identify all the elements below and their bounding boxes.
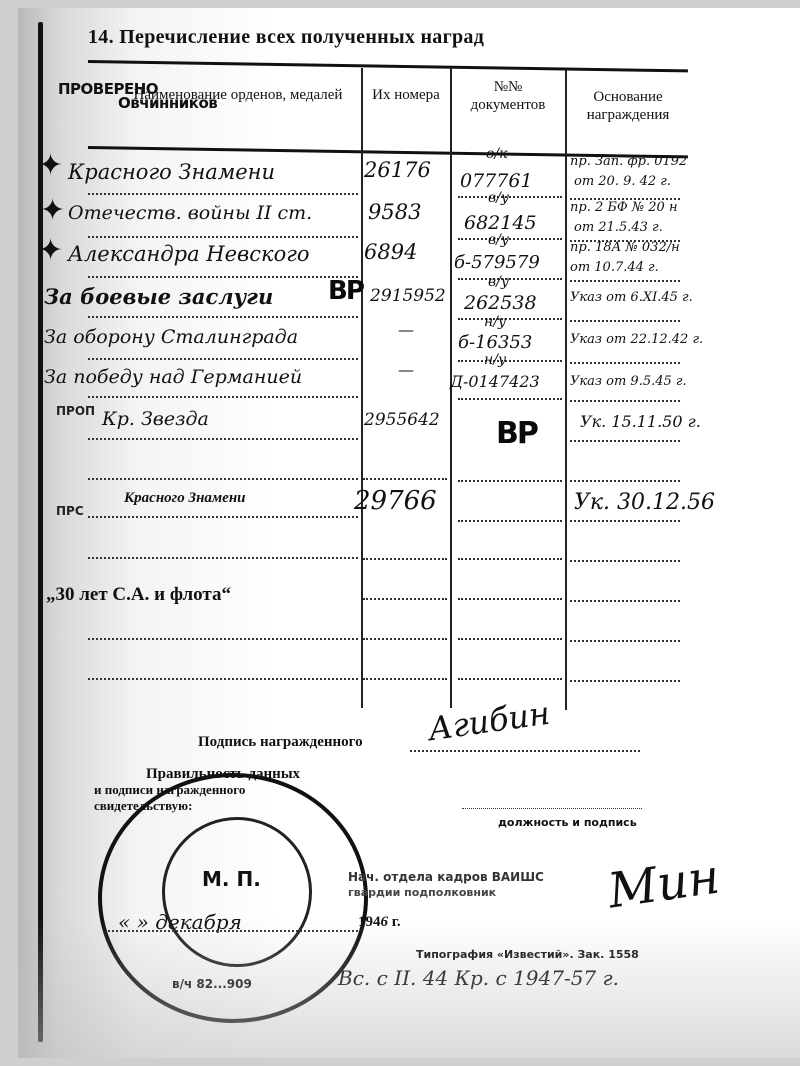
seal-mark: М. П.	[202, 867, 261, 891]
award-name: Отечеств. войны II ст.	[68, 202, 312, 224]
row-line	[458, 678, 562, 680]
award-record-page: 14. Перечисление всех полученных наград …	[18, 8, 800, 1058]
row-line	[88, 316, 358, 318]
row-line	[88, 478, 358, 480]
margin-stamp: ПРС	[56, 504, 84, 518]
award-number: 6894	[364, 240, 417, 264]
doc-series: н/у	[484, 314, 506, 330]
column-header-number-label: Их номера	[372, 87, 440, 103]
recipient-signature-line	[410, 750, 640, 752]
footer-note: Вс. с II. 44 Кр. с 1947-57 г.	[338, 966, 619, 990]
row-line	[458, 558, 562, 560]
award-number: 2915952	[370, 286, 446, 306]
column-header-basis: Основание награждения	[568, 88, 688, 124]
column-header-documents-label: №№ документов	[471, 79, 546, 113]
seal-inner-ring	[162, 817, 312, 967]
doc-series: н/у	[484, 352, 506, 368]
doc-series: в/у	[488, 274, 509, 290]
award-number: —	[398, 360, 414, 379]
recipient-signature-label: Подпись награжденного	[198, 734, 363, 751]
award-number: 29766	[354, 486, 437, 516]
seal-number: в/ч 82...909	[172, 977, 252, 991]
award-name: За победу над Германией	[44, 366, 302, 388]
order-star-icon: ✦	[38, 153, 64, 179]
award-basis: пр. Зап. фр. 0192	[570, 154, 687, 169]
row-line	[88, 678, 358, 680]
header-top-rule	[88, 60, 688, 72]
row-line	[458, 196, 562, 198]
row-line	[458, 318, 562, 320]
year-digit: 6	[381, 914, 389, 930]
doc-number: Д-0147423	[450, 372, 540, 391]
row-line	[88, 358, 358, 360]
column-header-documents: №№ документов	[458, 78, 558, 114]
doc-number: б-579579	[454, 252, 540, 273]
row-line	[570, 280, 680, 282]
row-line	[88, 638, 358, 640]
year-end: г.	[392, 914, 401, 930]
doc-series: о/к	[486, 146, 508, 162]
column-divider-3	[565, 70, 567, 710]
row-line	[570, 320, 680, 322]
row-line	[363, 478, 447, 480]
row-line	[458, 598, 562, 600]
extra-award-name: „30 лет С.А. и флота“	[46, 584, 231, 606]
column-header-number: Их номера	[363, 86, 449, 104]
award-name: Александра Невского	[68, 242, 309, 266]
doc-series: в/у	[488, 232, 509, 248]
award-basis: Указ от 9.5.45 г.	[570, 374, 687, 389]
doc-number: б-16353	[458, 332, 532, 353]
row-line	[363, 598, 447, 600]
row-line	[88, 396, 358, 398]
award-basis: Указ от 6.XI.45 г.	[570, 290, 693, 305]
award-name: За боевые заслуги	[44, 284, 273, 309]
official-title-line-1: Нач. отдела кадров ВАИШС	[348, 870, 544, 884]
award-number: 9583	[368, 200, 421, 224]
row-line	[363, 638, 447, 640]
doc-number: 077761	[460, 170, 533, 192]
position-signature-line	[462, 808, 642, 809]
doc-number: 262538	[464, 292, 537, 314]
row-line	[363, 558, 447, 560]
column-header-award-label: Наименование орденов, медалей	[134, 87, 343, 103]
award-basis: пр. 18А № 032/н	[570, 240, 680, 255]
row-line	[570, 560, 680, 562]
row-line	[458, 278, 562, 280]
award-basis-date: от 21.5.43 г.	[574, 220, 663, 235]
award-name: За оборону Сталинграда	[44, 326, 298, 348]
recipient-signature: Агибин	[426, 694, 552, 749]
printer-line: Типография «Известий». Зак. 1558	[416, 948, 639, 961]
row-line	[458, 360, 562, 362]
row-line	[570, 520, 680, 522]
row-line	[458, 238, 562, 240]
row-line	[570, 362, 680, 364]
award-name: Кр. Звезда	[102, 408, 209, 430]
official-signature: Мин	[605, 849, 723, 920]
row-line	[570, 640, 680, 642]
row-line	[570, 440, 680, 442]
award-basis: Указ от 22.12.42 г.	[570, 332, 703, 347]
award-number: —	[398, 320, 414, 339]
vr-stamp: ВР	[496, 416, 537, 451]
row-line	[88, 193, 358, 195]
doc-number: 682145	[464, 212, 537, 234]
row-line	[570, 680, 680, 682]
row-line	[458, 398, 562, 400]
row-line	[88, 516, 358, 518]
column-divider-1	[361, 68, 363, 708]
award-basis: пр. 2 БФ № 20 н	[570, 200, 678, 215]
year-prefix: 194	[358, 914, 381, 930]
row-line	[458, 480, 562, 482]
award-basis-date: от 20. 9. 42 г.	[574, 174, 671, 189]
official-seal: М. П. в/ч 82...909	[98, 773, 368, 1023]
award-basis-date: от 10.7.44 г.	[570, 260, 659, 275]
row-line	[570, 400, 680, 402]
row-line	[363, 678, 447, 680]
margin-stamp: ПРОП	[56, 404, 95, 418]
order-star-icon: ✦	[38, 238, 64, 264]
row-line	[570, 600, 680, 602]
row-line	[88, 276, 358, 278]
row-line	[458, 638, 562, 640]
row-line	[570, 480, 680, 482]
award-number: 2955642	[364, 410, 440, 430]
row-line	[458, 520, 562, 522]
award-name: Красного Знамени	[68, 160, 275, 184]
award-basis: Ук. 15.11.50 г.	[580, 412, 701, 431]
award-number: 26176	[364, 158, 431, 182]
column-header-award: Наименование орденов, медалей	[118, 86, 358, 104]
section-title: 14. Перечисление всех полученных наград	[88, 26, 484, 49]
row-line	[88, 438, 358, 440]
order-star-icon: ✦	[40, 198, 66, 224]
award-name: Красного Знамени	[124, 490, 246, 507]
date-line	[108, 930, 358, 932]
row-line	[88, 557, 358, 559]
vr-stamp: ВР	[328, 276, 363, 306]
doc-series: в/у	[488, 190, 509, 206]
award-basis: Ук. 30.12.56	[574, 490, 715, 515]
year-label: 1946 г.	[358, 914, 401, 931]
official-title-line-2: гвардии подполковник	[348, 886, 496, 899]
column-header-basis-label: Основание награждения	[587, 89, 670, 123]
row-line	[88, 236, 358, 238]
position-signature-label: должность и подпись	[498, 816, 637, 829]
